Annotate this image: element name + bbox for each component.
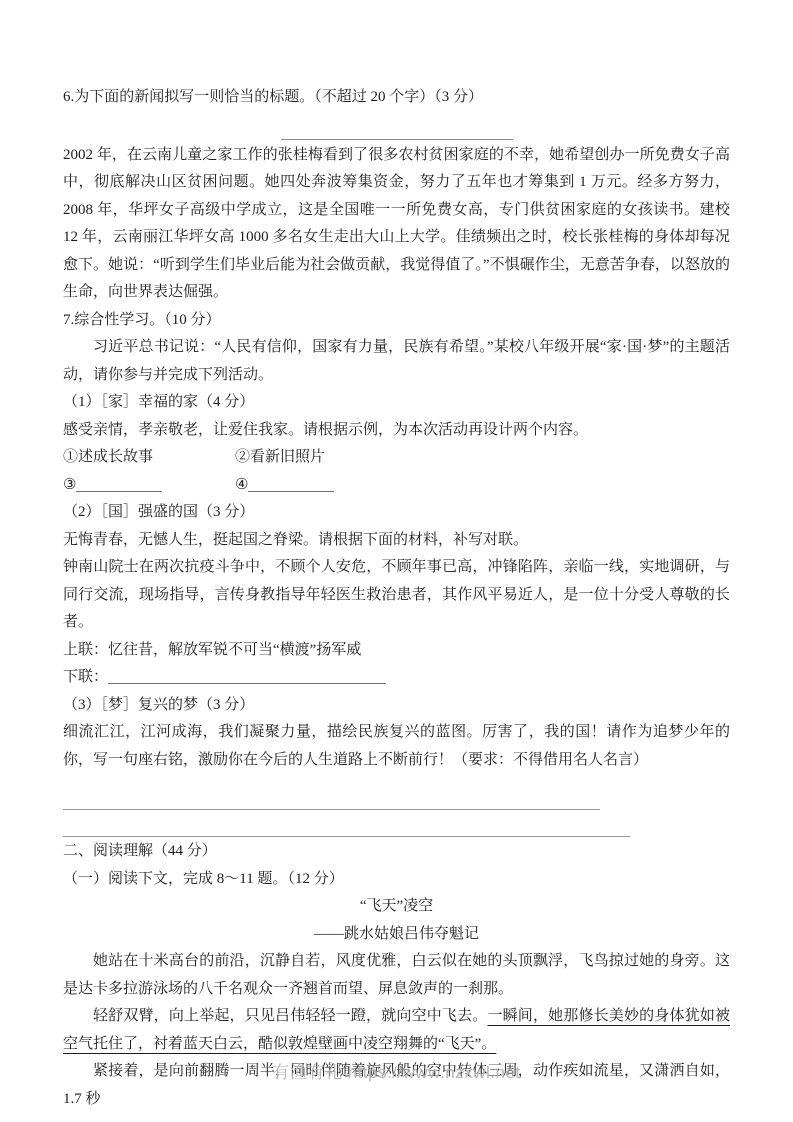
q7-part2-heading: （2）［国］强盛的国（3 分） xyxy=(63,499,730,527)
passage-paragraph-2-lead: 轻舒双臂，向上举起，只见吕伟轻轻一蹬，就向空中飞去。 xyxy=(93,1008,487,1024)
q7-part1-example-1: ①述成长故事 xyxy=(63,444,235,472)
exam-content: 6.为下面的新闻拟写一则恰当的标题。（不超过 20 个字）（3 分） 2002 … xyxy=(63,84,730,1113)
q7-part3-answer-line-1 xyxy=(63,783,600,810)
q7-part1-blank-4: ④ xyxy=(235,477,334,493)
passage-paragraph-1: 她站在十米高台的前沿，沉静自若，风度优雅，白云似在她的头顶飘浮，飞鸟掠过她的身旁… xyxy=(63,948,730,1003)
q7-part1-blank-4-label: ④ xyxy=(235,477,248,493)
question-6-prompt: 6.为下面的新闻拟写一则恰当的标题。（不超过 20 个字）（3 分） xyxy=(63,84,730,112)
passage-paragraph-2: 轻舒双臂，向上举起，只见吕伟轻轻一蹬，就向空中飞去。一瞬间，她那修长美妙的身体犹… xyxy=(63,1003,730,1058)
exam-page: 6.为下面的新闻拟写一则恰当的标题。（不超过 20 个字）（3 分） 2002 … xyxy=(0,0,793,1122)
q7-part2-material: 钟南山院士在两次抗疫斗争中，不顾个人安危，不顾年事已高，冲锋陷阵，亲临一线，实地… xyxy=(63,554,730,637)
q7-part1-blank-4-line xyxy=(248,478,334,492)
q7-part3-answer-line-2 xyxy=(63,810,630,837)
q7-part2-lower-couplet-row: 下联： xyxy=(63,664,730,692)
q7-part1-heading: （1）［家］幸福的家（4 分） xyxy=(63,389,730,417)
footer-watermark-text: 有渔有礼 https://www.nzxwl.net xyxy=(272,1063,520,1082)
q7-part1-blank-3-line xyxy=(76,478,162,492)
question-7-intro: 习近平总书记说：“人民有信仰，国家有力量，民族有希望。”某校八年级开展“家·国·… xyxy=(63,334,730,389)
q7-part1-instruction: 感受亲情，孝亲敬老，让爱住我家。请根据示例，为本次活动再设计两个内容。 xyxy=(63,417,730,445)
question-6-answer-area xyxy=(63,112,730,142)
passage-title: “飞天”凌空 xyxy=(63,893,730,921)
question-7-heading: 7.综合性学习。（10 分） xyxy=(63,307,730,335)
q7-part2-upper-couplet: 上联：忆往昔，解放军锐不可当“横渡”扬军威 xyxy=(63,637,730,665)
section-2-part-heading: （一）阅读下文，完成 8～11 题。（12 分） xyxy=(63,866,730,894)
question-6-news-paragraph: 2002 年，在云南儿童之家工作的张桂梅看到了很多农村贫困家庭的不幸，她希望创办… xyxy=(63,142,730,307)
passage-subtitle: ——跳水姑娘吕伟夺魁记 xyxy=(63,921,730,949)
q7-part1-blank-3: ③ xyxy=(63,472,235,500)
q7-part1-blanks-row: ③④ xyxy=(63,472,730,500)
q7-part3-instruction: 细流汇江，江河成海，我们凝聚力量，描绘民族复兴的蓝图。厉害了，我的国！请作为追梦… xyxy=(63,719,730,774)
q7-part2-instruction: 无悔青春，无憾人生，挺起国之脊梁。请根据下面的材料，补写对联。 xyxy=(63,527,730,555)
q7-part1-example-2: ②看新旧照片 xyxy=(235,449,325,465)
q7-part2-lower-couplet-label: 下联： xyxy=(63,669,108,685)
question-6-answer-blank-line xyxy=(281,112,513,140)
page-footer: 有渔有礼 https://www.nzxwl.net xyxy=(0,1058,793,1083)
section-2-heading: 二、阅读理解（44 分） xyxy=(63,838,730,866)
q7-part2-lower-couplet-blank-line xyxy=(108,670,386,684)
q7-part3-heading: （3）［梦］复兴的梦（3 分） xyxy=(63,692,730,720)
q7-part1-examples-row: ①述成长故事②看新旧照片 xyxy=(63,444,730,472)
q7-part1-blank-3-label: ③ xyxy=(63,477,76,493)
